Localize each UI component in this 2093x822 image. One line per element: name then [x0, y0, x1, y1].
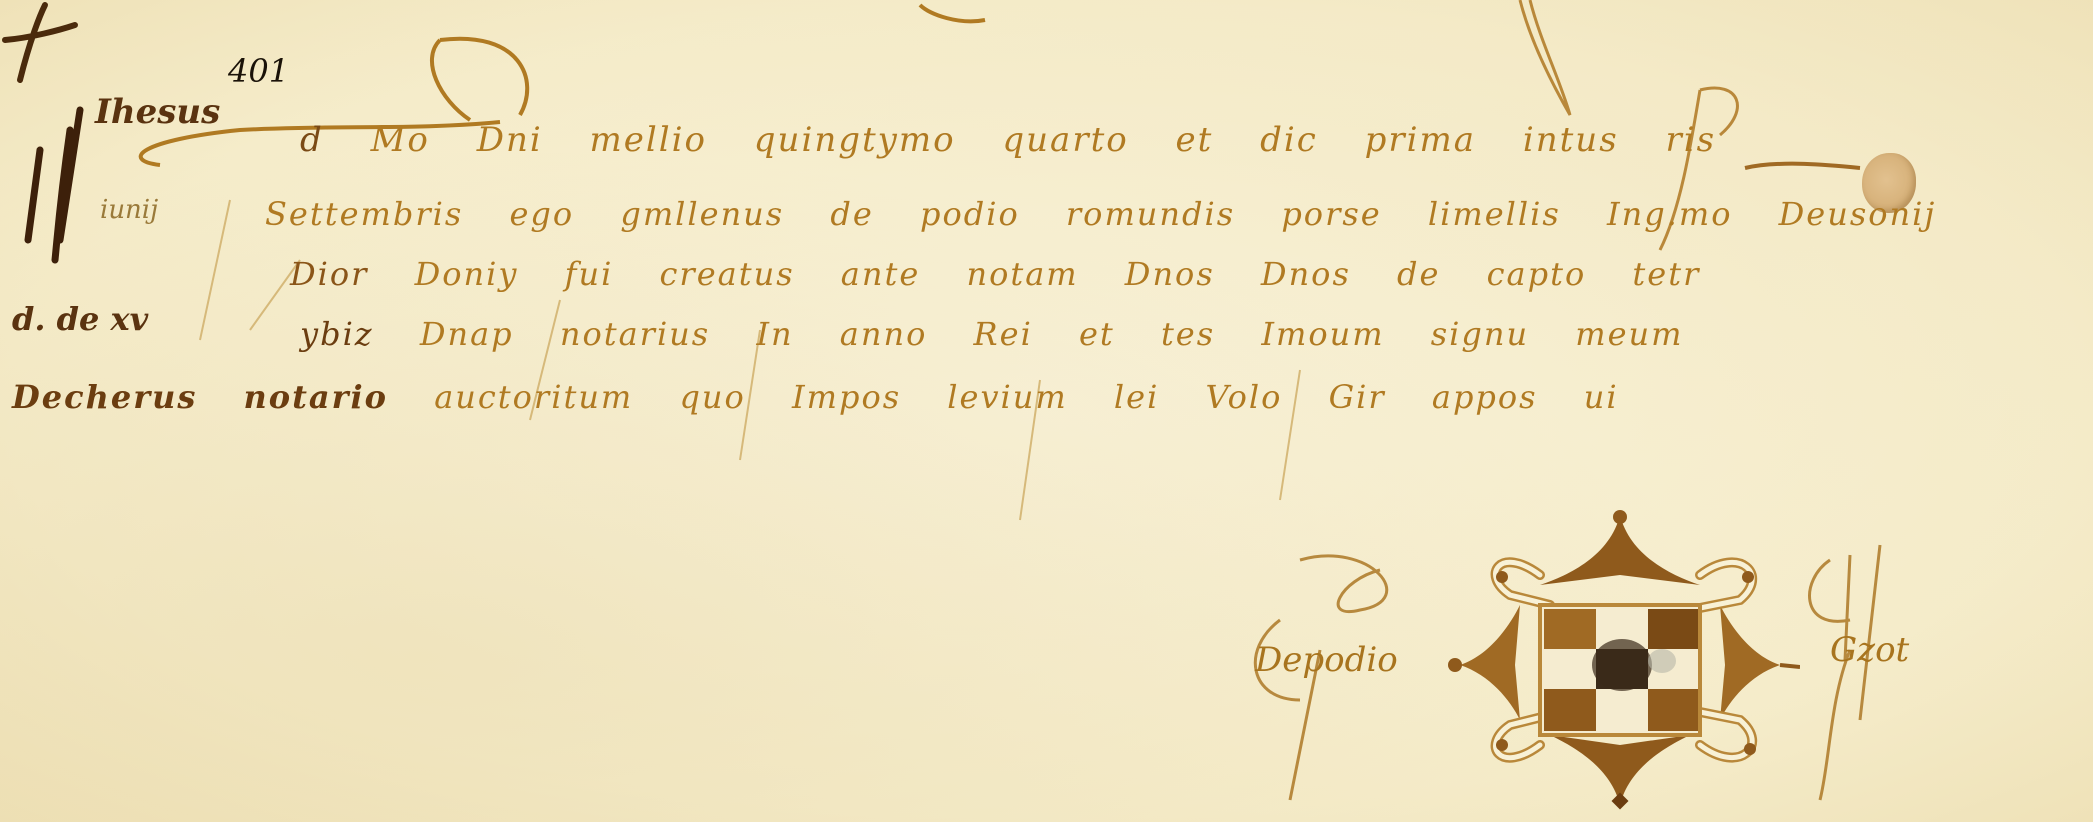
word: Rei — [974, 315, 1033, 353]
word: Decherus — [12, 378, 197, 416]
word: Impos — [792, 378, 901, 416]
word: quarto — [1002, 120, 1128, 160]
word: quo — [679, 378, 745, 416]
word: quingtymo — [754, 120, 956, 160]
word: romundis — [1066, 195, 1235, 233]
word: prima — [1365, 120, 1476, 160]
word: ante — [841, 255, 920, 293]
word: ego — [509, 195, 574, 233]
word: Dnos — [1125, 255, 1215, 293]
word: intus — [1523, 120, 1619, 160]
notary-signature-right: Gzot — [1830, 630, 1909, 670]
word: ybiz — [300, 315, 374, 353]
word: In — [756, 315, 793, 353]
word: et — [1176, 120, 1214, 160]
word: Mo — [371, 120, 430, 160]
word: de — [830, 195, 873, 233]
word: meum — [1575, 315, 1683, 353]
word: Imoum — [1261, 315, 1384, 353]
word: appos — [1432, 378, 1538, 416]
margin-note-iunij: iunij — [100, 195, 158, 225]
word: creatus — [660, 255, 795, 293]
word: Volo — [1205, 378, 1282, 416]
word: lei — [1114, 378, 1159, 416]
word: limellis — [1428, 195, 1561, 233]
word: Doniy — [415, 255, 519, 293]
word: et — [1079, 315, 1115, 353]
word: Settembris — [265, 195, 463, 233]
word: anno — [840, 315, 928, 353]
word: levium — [947, 378, 1067, 416]
word: Dior — [290, 255, 368, 293]
word: dic — [1260, 120, 1318, 160]
word: fui — [565, 255, 614, 293]
word: ui — [1584, 378, 1619, 416]
text-line-2: Settembris ego gmllenus de podio romundi… — [265, 195, 1970, 233]
text-line-1: d Mo Dni mellio quingtymo quarto et dic … — [300, 120, 1750, 160]
word: notam — [966, 255, 1078, 293]
word: notario — [244, 378, 388, 416]
word: d — [300, 120, 324, 160]
word: Ing.mo — [1607, 195, 1733, 233]
manuscript-page: 401 Ihesus iunij d. de xv d Mo Dni melli… — [0, 0, 2093, 822]
word: gmllenus — [620, 195, 784, 233]
word: ris — [1665, 120, 1716, 160]
word: Gir — [1329, 378, 1386, 416]
word: Deusonij — [1779, 195, 1937, 233]
text-line-4: ybiz Dnap notarius In anno Rei et tes Im… — [300, 315, 1717, 353]
word: auctoritum — [434, 378, 633, 416]
word: capto — [1487, 255, 1587, 293]
word: podio — [920, 195, 1020, 233]
word: signu — [1431, 315, 1529, 353]
notary-sign-icon — [1440, 505, 1800, 815]
word: porse — [1281, 195, 1381, 233]
word: tes — [1161, 315, 1215, 353]
text-line-5: Decherus notario auctoritum quo Impos le… — [12, 378, 1653, 416]
word: de — [1397, 255, 1440, 293]
margin-note-date: d. de xv — [12, 300, 148, 338]
word: tetr — [1632, 255, 1700, 293]
word: Dnos — [1261, 255, 1351, 293]
margin-note-ihesus: Ihesus — [95, 92, 220, 132]
word: mellio — [590, 120, 707, 160]
folio-number: 401 — [228, 52, 289, 90]
text-line-3: Dior Doniy fui creatus ante notam Dnos D… — [290, 255, 1734, 293]
word: notarius — [560, 315, 710, 353]
notary-signature-left: Depodio — [1255, 640, 1398, 680]
word: Dni — [477, 120, 543, 160]
word: Dnap — [420, 315, 514, 353]
